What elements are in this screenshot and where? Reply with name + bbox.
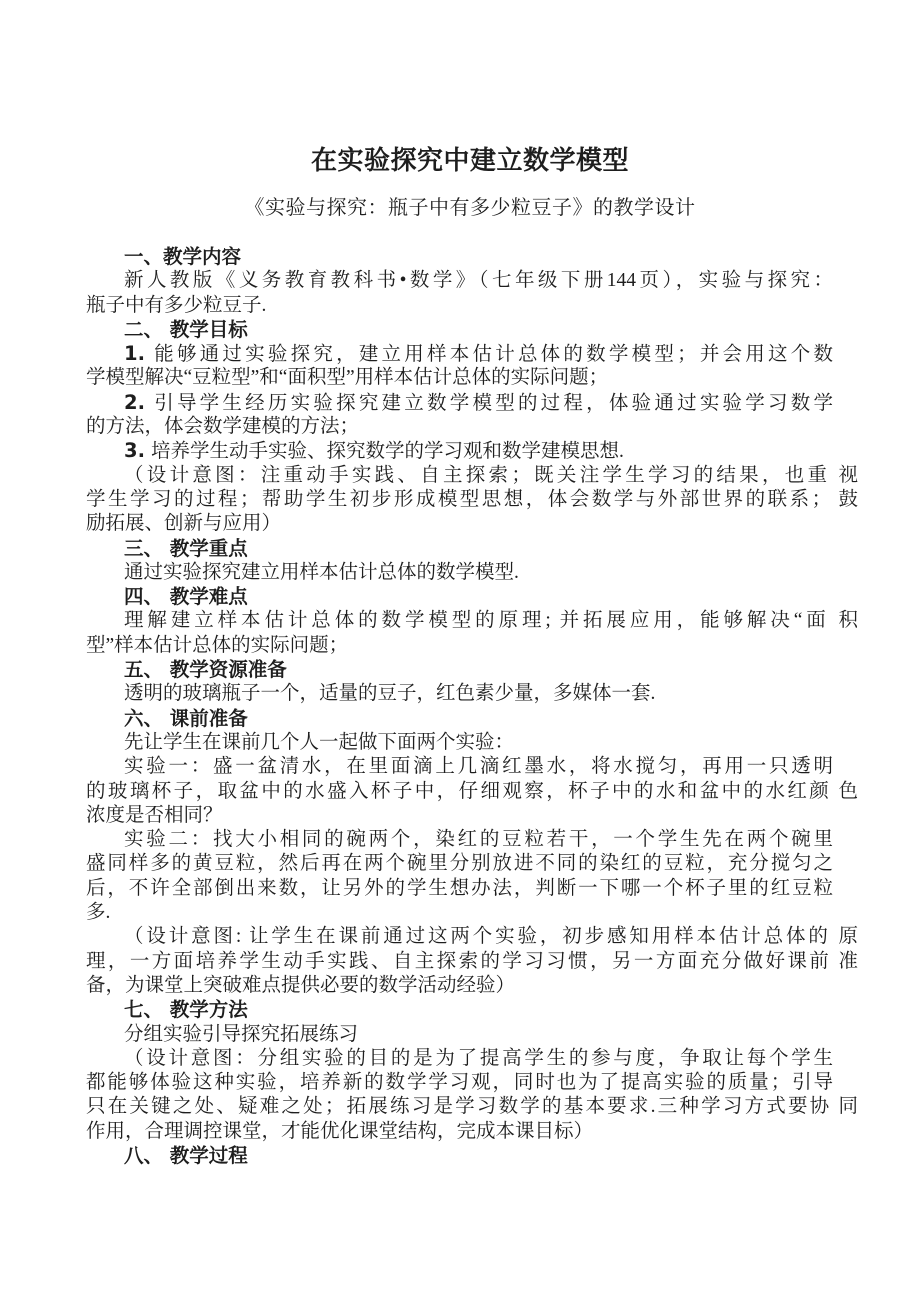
line-text: 励拓展、创新与应用） [86, 513, 281, 534]
text-line: 型”样本估计总体的实际问题； [86, 634, 833, 658]
line-text: 引导学生经历实验探究建立数学模型的过程，体验通过实验学习数学 [151, 393, 833, 414]
text-line: 通过实验探究建立用样本估计总体的数学模型. [86, 561, 833, 585]
text-line: 备，为课堂上突破难点提供必要的数学活动经验） [86, 974, 833, 998]
text-line: 三、 教学重点 [86, 537, 833, 561]
line-text: （设计意图：注重动手实践、自主探索；既关注学生学习的结果，也重 视 [124, 465, 858, 486]
document-content: 在实验探究中建立数学模型 《实验与探究：瓶子中有多少粒豆子》的教学设计 一、教学… [86, 147, 854, 1168]
text-line: 实验一：盛一盆清水，在里面滴上几滴红墨水，将水搅匀，再用一只透明 [86, 755, 833, 779]
text-line: 励拓展、创新与应用） [86, 512, 833, 536]
text-line: 多. [86, 901, 833, 925]
text-line: 后，不许全部倒出来数，让另外的学生想办法，判断一下哪一个杯子里的红豆粒 [86, 877, 833, 901]
text-line: （设计意图: 让学生在课前通过这两个实验，初步感知用样本估计总体的 原 [86, 925, 858, 949]
line-text: 作用，合理调控课堂，才能优化课堂结构，完成本课目标） [86, 1121, 593, 1142]
line-text: 分组实验引导探究拓展练习 [124, 1024, 358, 1045]
text-line: 二、 教学目标 [86, 318, 833, 342]
line-text: 浓度是否相同？ [86, 805, 223, 826]
line-text: 盛同样多的黄豆粒，然后再在两个碗里分别放进不同的染红的豆粒，充分搅匀之 [86, 853, 833, 874]
text-line: 实验二：找大小相同的碗两个，染红的豆粒若干，一个学生先在两个碗里 [86, 828, 833, 852]
line-text: 都能够体验这种实验，培养新的数学学习观，同时也为了提高实验的质量；引导 [86, 1072, 833, 1093]
document-page: 在实验探究中建立数学模型 《实验与探究：瓶子中有多少粒豆子》的教学设计 一、教学… [0, 0, 920, 1302]
list-number: 1. [124, 342, 145, 365]
line-text: 八、 教学过程 [124, 1144, 248, 1167]
line-text: 多. [86, 902, 110, 923]
line-text: 只在关键之处、疑难之处；拓展练习是学习数学的基本要求.三种学习方式要协 同 [86, 1096, 858, 1117]
line-text: 新人教版《义务教育教科书•数学》（七年级下册144页），实验与探究： [124, 270, 833, 291]
line-text: （设计意图: 让学生在课前通过这两个实验，初步感知用样本估计总体的 原 [124, 926, 858, 947]
line-text: 后，不许全部倒出来数，让另外的学生想办法，判断一下哪一个杯子里的红豆粒 [86, 878, 833, 899]
text-line: 1.能够通过实验探究，建立用样本估计总体的数学模型；并会用这个数 [86, 342, 833, 366]
line-text: 四、 教学难点 [124, 585, 248, 608]
text-line: 的方法，体会数学建模的方法； [86, 415, 833, 439]
line-text: 学模型解决“豆粒型”和“面积型”用样本估计总体的实际问题； [86, 367, 608, 388]
line-text: 实验一：盛一盆清水，在里面滴上几滴红墨水，将水搅匀，再用一只透明 [124, 756, 833, 777]
line-text: 一、教学内容 [124, 245, 241, 268]
text-line: 的玻璃杯子，取盆中的水盛入杯子中，仔细观察，杯子中的水和盆中的水红颜 色 [86, 780, 858, 804]
text-line: （设计意图：分组实验的目的是为了提高学生的参与度，争取让每个学生 [86, 1047, 833, 1071]
text-line: 先让学生在课前几个人一起做下面两个实验： [86, 731, 833, 755]
text-line: 浓度是否相同？ [86, 804, 833, 828]
text-line: （设计意图：注重动手实践、自主探索；既关注学生学习的结果，也重 视 [86, 464, 858, 488]
line-text: 培养学生动手实验、探究数学的学习观和数学建模思想. [151, 441, 624, 462]
line-text: 先让学生在课前几个人一起做下面两个实验： [124, 732, 514, 753]
list-number: 3. [124, 439, 145, 462]
line-text: 备，为课堂上突破难点提供必要的数学活动经验） [86, 975, 515, 996]
line-text: 六、 课前准备 [124, 707, 248, 730]
list-number: 2. [124, 391, 145, 414]
line-text: 五、 教学资源准备 [124, 658, 287, 681]
text-line: 学生学习的过程；帮助学生初步形成模型思想，体会数学与外部世界的联系； 鼓 [86, 488, 858, 512]
line-text: 通过实验探究建立用样本估计总体的数学模型. [124, 562, 519, 583]
text-line: 一、教学内容 [86, 245, 833, 269]
line-text: 型”样本估计总体的实际问题； [86, 635, 348, 656]
line-text: 的玻璃杯子，取盆中的水盛入杯子中，仔细观察，杯子中的水和盆中的水红颜 色 [86, 781, 858, 802]
line-text: 的方法，体会数学建模的方法； [86, 416, 359, 437]
line-text: 透明的玻璃瓶子一个，适量的豆子，红色素少量，多媒体一套. [124, 683, 655, 704]
text-line: 新人教版《义务教育教科书•数学》（七年级下册144页），实验与探究： [86, 269, 833, 293]
text-line: 理，一方面培养学生动手实践、自主探索的学习习惯，另一方面充分做好课前 准 [86, 950, 858, 974]
text-line: 五、 教学资源准备 [86, 658, 833, 682]
text-line: 分组实验引导探究拓展练习 [86, 1023, 833, 1047]
line-text: 二、 教学目标 [124, 318, 248, 341]
line-text: 能够通过实验探究，建立用样本估计总体的数学模型；并会用这个数 [151, 344, 833, 365]
text-line: 都能够体验这种实验，培养新的数学学习观，同时也为了提高实验的质量；引导 [86, 1071, 833, 1095]
line-text: 瓶子中有多少粒豆子. [86, 295, 266, 316]
text-line: 四、 教学难点 [86, 585, 833, 609]
line-text: （设计意图：分组实验的目的是为了提高学生的参与度，争取让每个学生 [124, 1048, 833, 1069]
line-text: 理解建立样本估计总体的数学模型的原理; 并拓展应用，能够解决“面 积 [124, 610, 858, 631]
text-line: 透明的玻璃瓶子一个，适量的豆子，红色素少量，多媒体一套. [86, 682, 833, 706]
text-line: 2.引导学生经历实验探究建立数学模型的过程，体验通过实验学习数学 [86, 391, 833, 415]
text-line: 3.培养学生动手实验、探究数学的学习观和数学建模思想. [86, 439, 833, 463]
line-text: 实验二：找大小相同的碗两个，染红的豆粒若干，一个学生先在两个碗里 [124, 829, 833, 850]
line-text: 理，一方面培养学生动手实践、自主探索的学习习惯，另一方面充分做好课前 准 [86, 951, 858, 972]
text-line: 作用，合理调控课堂，才能优化课堂结构，完成本课目标） [86, 1120, 833, 1144]
line-text: 学生学习的过程；帮助学生初步形成模型思想，体会数学与外部世界的联系； 鼓 [86, 489, 858, 510]
document-lines: 一、教学内容新人教版《义务教育教科书•数学》（七年级下册144页），实验与探究：… [86, 245, 854, 1168]
text-line: 六、 课前准备 [86, 707, 833, 731]
text-line: 八、 教学过程 [86, 1144, 833, 1168]
text-line: 瓶子中有多少粒豆子. [86, 294, 833, 318]
document-subtitle: 《实验与探究：瓶子中有多少粒豆子》的教学设计 [86, 198, 854, 219]
text-line: 只在关键之处、疑难之处；拓展练习是学习数学的基本要求.三种学习方式要协 同 [86, 1095, 858, 1119]
line-text: 三、 教学重点 [124, 537, 248, 560]
document-title: 在实验探究中建立数学模型 [86, 147, 854, 175]
text-line: 七、 教学方法 [86, 998, 833, 1022]
text-line: 理解建立样本估计总体的数学模型的原理; 并拓展应用，能够解决“面 积 [86, 609, 858, 633]
text-line: 学模型解决“豆粒型”和“面积型”用样本估计总体的实际问题； [86, 366, 833, 390]
line-text: 七、 教学方法 [124, 998, 248, 1021]
text-line: 盛同样多的黄豆粒，然后再在两个碗里分别放进不同的染红的豆粒，充分搅匀之 [86, 852, 833, 876]
